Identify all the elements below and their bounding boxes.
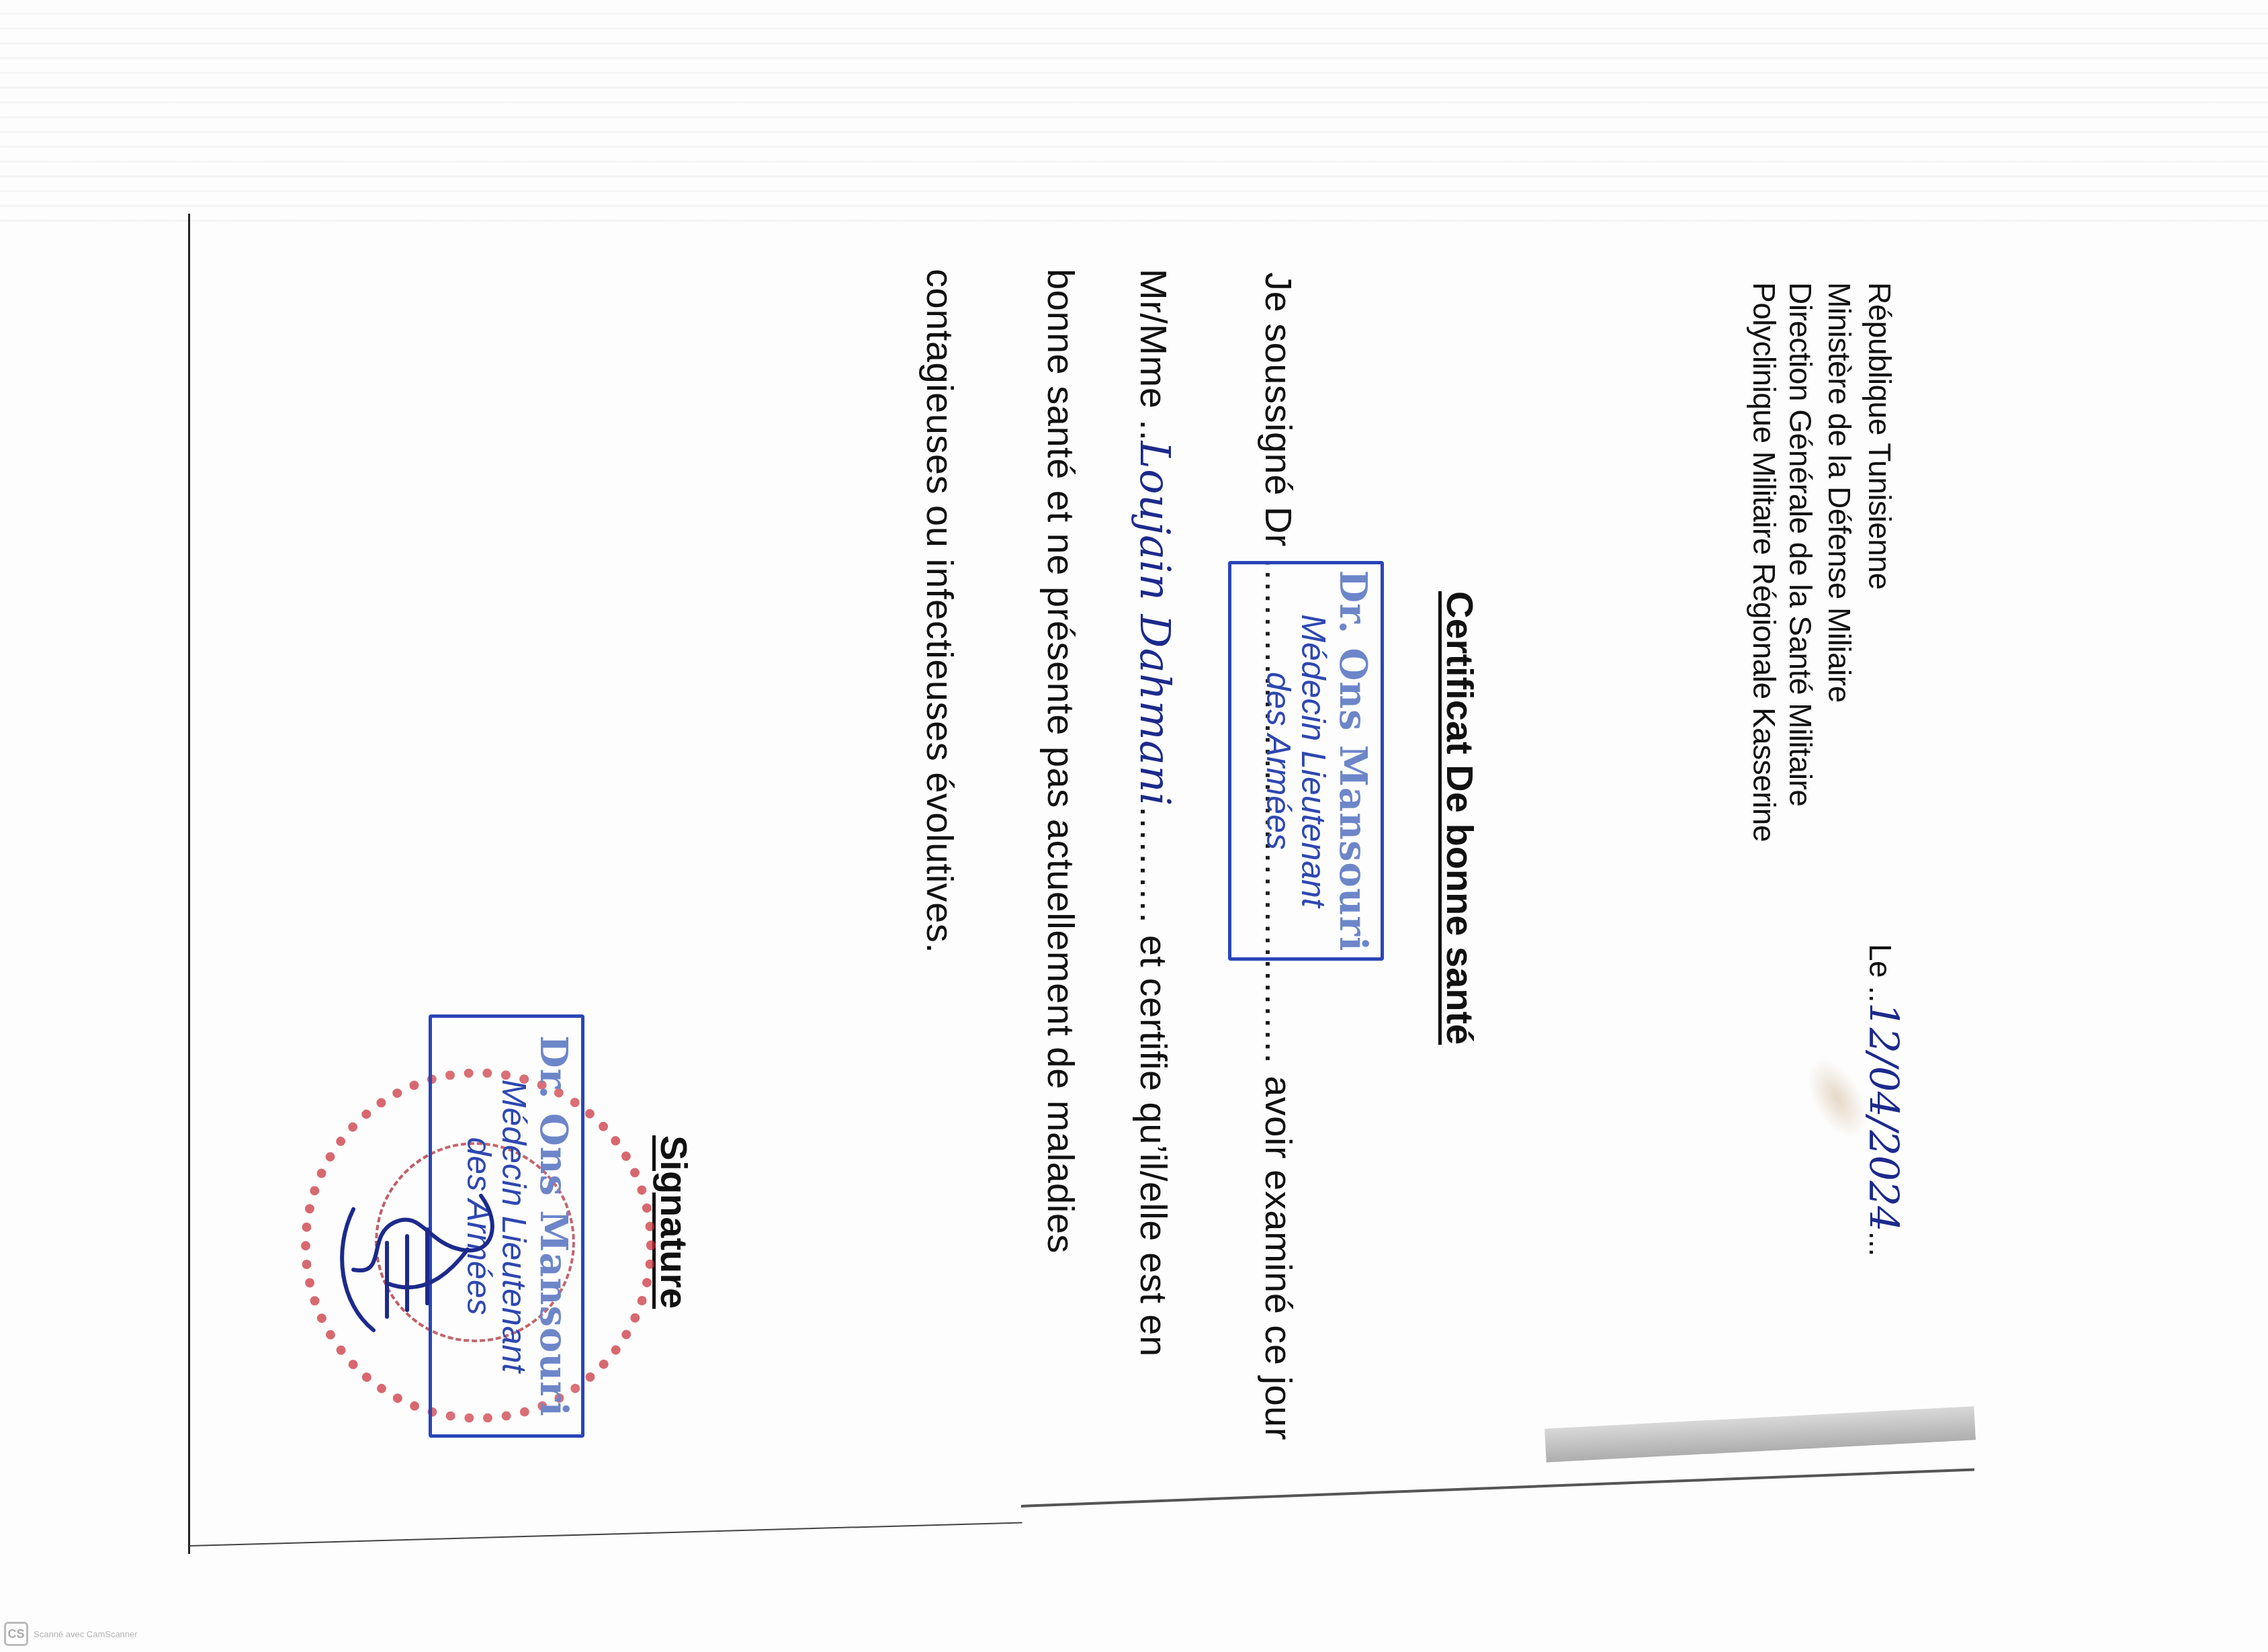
- body-line-2-start: Mr/Mme ..: [1133, 269, 1175, 441]
- date-line: Le ..12/04/2024...: [1862, 944, 1902, 1256]
- doctor-stamp-role-2: des Armées: [1261, 564, 1296, 957]
- body-line-3: bonne santé et ne présente pas actuellem…: [1039, 269, 1083, 1254]
- date-suffix: ...: [1863, 1231, 1898, 1256]
- patient-name-handwritten: Loujain Dahmani: [1131, 441, 1180, 806]
- body-line-1-start: Je soussigné Dr: [1258, 272, 1300, 558]
- body-line-4: contagieuses ou infectieuses évolutives.: [918, 269, 962, 953]
- camscanner-watermark: CS Scanné avec CamScanner: [4, 1622, 138, 1646]
- date-prefix: Le ..: [1863, 944, 1898, 1002]
- body-line-1-end: avoir examiné ce jour: [1258, 1065, 1300, 1440]
- header-line-polyclinic: Polyclinique Militaire Régionale Kasseri…: [1745, 282, 1783, 842]
- signature-label: Signature: [652, 1135, 696, 1309]
- body-line-2: Mr/Mme ..Loujain Dahmani.......... et ce…: [1131, 269, 1180, 1357]
- date-value: 12/04/2024: [1860, 1002, 1907, 1231]
- handwritten-signature: [306, 1169, 508, 1371]
- certificate-page: République Tunisienne Ministère de la Dé…: [0, 0, 2268, 1652]
- camscanner-text: Scanné avec CamScanner: [34, 1629, 138, 1639]
- page-title: Certificat De bonne santé: [1438, 591, 1482, 1045]
- signature-stamp-name: Dr. Ons Mansouri: [531, 1018, 576, 1434]
- patient-name-dots: ..........: [1133, 806, 1175, 924]
- doctor-stamp-role-1: Médecin Lieutenant: [1296, 564, 1331, 957]
- doctor-stamp-name: Dr. Ons Mansouri: [1331, 564, 1375, 957]
- header-line-ministry: Ministère de la Défense Miliaire: [1821, 282, 1858, 703]
- header-line-direction: Direction Générale de la Santé Militaire: [1782, 282, 1819, 806]
- doctor-stamp: Dr. Ons Mansouri Médecin Lieutenant des …: [1228, 561, 1384, 961]
- header-line-republic: République Tunisienne: [1861, 282, 1899, 590]
- body-line-2-end: et certifie qu’il/elle est en: [1133, 924, 1175, 1357]
- camscanner-logo-icon: CS: [4, 1622, 28, 1646]
